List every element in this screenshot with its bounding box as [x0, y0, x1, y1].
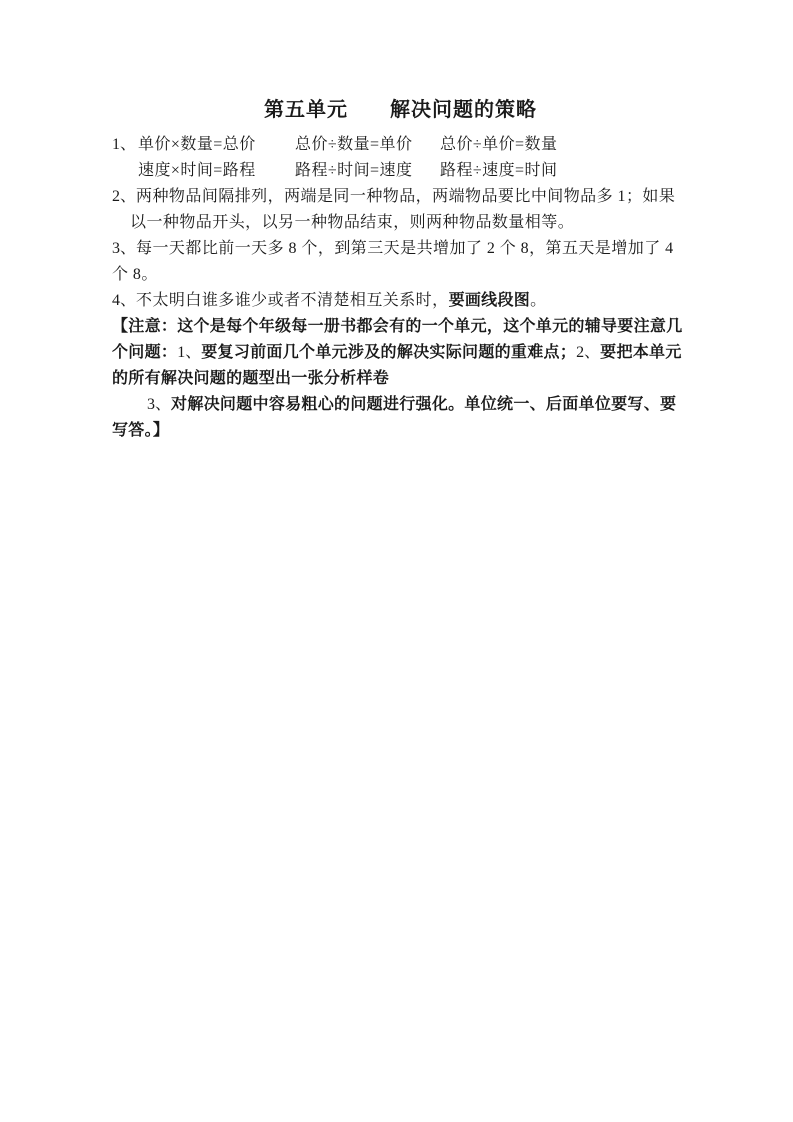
note-text-5: 写答。】 [112, 422, 169, 439]
note-text-3: 的所有解决问题的题型出一张分析样卷 [112, 370, 389, 387]
item4-text: 不太明白谁多谁少或者不清楚相互关系时， [136, 292, 449, 309]
formula-dist-div-time: 路程÷时间=速度 [295, 158, 440, 184]
item3-line-2: 个 8。 [112, 262, 689, 288]
formula-unit-price: 单价×数量=总价 [138, 132, 295, 158]
item2-text-2: 以一种物品开头，以另一种物品结束，则两种物品数量相等。 [130, 214, 574, 231]
item4-emphasis: 要画线段图 [449, 292, 531, 309]
formula-total-div-qty: 总价÷数量=单价 [295, 132, 440, 158]
note-line-3: 的所有解决问题的题型出一张分析样卷 [112, 366, 689, 392]
item3-number: 3、 [112, 240, 136, 257]
note-line-5: 写答。】 [112, 418, 689, 444]
item3-line-1: 3、每一天都比前一天多 8 个，到第三天是共增加了 2 个 8，第五天是增加了 … [112, 236, 689, 262]
note-sub-number-2: 2、 [576, 344, 600, 361]
item3-text-1: 每一天都比前一天多 8 个，到第三天是共增加了 2 个 8，第五天是增加了 4 [136, 240, 674, 257]
title-topic: 解决问题的策略 [390, 99, 537, 121]
item3-text-2: 个 8。 [112, 266, 158, 283]
item4-number: 4、 [112, 292, 136, 309]
item1-number: 1、 [112, 132, 138, 158]
item4-period: 。 [530, 292, 546, 309]
formula-speed-time: 速度×时间=路程 [138, 158, 295, 184]
note-line2-prefix: 个问题： [112, 344, 177, 361]
page-title: 第五单元解决问题的策略 [112, 96, 689, 124]
note-line2-part1: 要复习前面几个单元涉及的解决实际问题的重难点； [201, 344, 576, 361]
document-page: 第五单元解决问题的策略 1、单价×数量=总价总价÷数量=单价总价÷单价=数量 速… [0, 0, 793, 1122]
item2-line-1: 2、两种物品间隔排列，两端是同一种物品，两端物品要比中间物品多 1；如果 [112, 184, 689, 210]
note-line-2: 个问题：1、要复习前面几个单元涉及的解决实际问题的重难点；2、要把本单元 [112, 340, 689, 366]
item2-number: 2、 [112, 188, 136, 205]
note-text-1: 【注意：这个是每个年级每一册书都会有的一个单元，这个单元的辅导要注意几 [112, 318, 683, 335]
note-line2-part2: 要把本单元 [600, 344, 682, 361]
formula-dist-div-speed: 路程÷速度=时间 [440, 158, 557, 184]
note-line-1: 【注意：这个是每个年级每一册书都会有的一个单元，这个单元的辅导要注意几 [112, 314, 689, 340]
item2-text-1: 两种物品间隔排列，两端是同一种物品，两端物品要比中间物品多 1；如果 [136, 188, 675, 205]
item4-line: 4、不太明白谁多谁少或者不清楚相互关系时，要画线段图。 [112, 288, 689, 314]
item1-formula-row-1: 1、单价×数量=总价总价÷数量=单价总价÷单价=数量 [112, 132, 689, 158]
note-sub-number-3: 3、 [147, 396, 171, 413]
note-line-4: 3、对解决问题中容易粗心的问题进行强化。单位统一、后面单位要写、要 [147, 392, 689, 418]
formula-total-div-unit: 总价÷单价=数量 [440, 132, 557, 158]
note-line4-text: 对解决问题中容易粗心的问题进行强化。单位统一、后面单位要写、要 [171, 396, 676, 413]
note-sub-number-1: 1、 [177, 344, 201, 361]
item2-line-2: 以一种物品开头，以另一种物品结束，则两种物品数量相等。 [130, 210, 689, 236]
item1-formula-row-2: 速度×时间=路程路程÷时间=速度路程÷速度=时间 [112, 158, 689, 184]
title-unit: 第五单元 [264, 99, 348, 121]
